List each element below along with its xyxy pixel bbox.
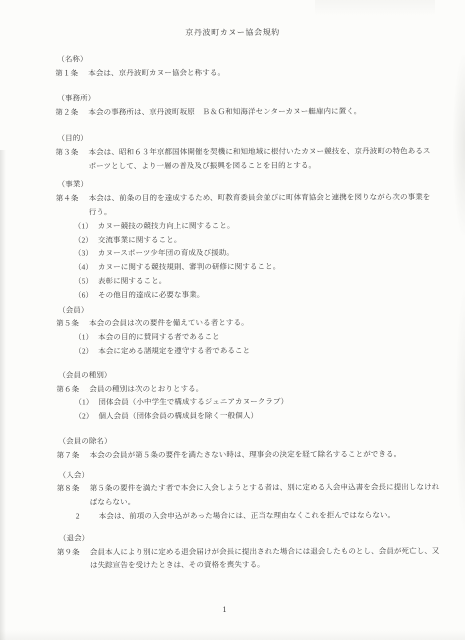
article-label: 第６条 — [56, 382, 89, 396]
article-2: 第２条 本会の事務所は、京丹波町坂原 Ｂ＆Ｇ和知海洋センターカヌー艇庫内に置く。 — [0, 104, 465, 119]
article-body: 本会の事務所は、京丹波町坂原 Ｂ＆Ｇ和知海洋センターカヌー艇庫内に置く。 — [88, 104, 465, 119]
article-body: 本会の会員は次の要件を備えている者とする。 — [89, 316, 465, 331]
document-content: 京丹波町カヌー協会規約 （名称） 第１条 本会は、京丹波町カヌー協会と称する。 … — [0, 0, 465, 573]
article-line: 会員本人により別に定める退会届けが会長に提出された場合には退会したものとし、会員… — [90, 544, 465, 559]
list-item: （2） 個人会員（団体会員の構成員を除く一般個人） — [1, 408, 465, 423]
article-body: 本会の会員が第５条の要件を満たさない時は、理事会の決定を経て除名することができる… — [90, 447, 465, 462]
section-members: （会員） 第５条 本会の会員は次の要件を備えている者とする。 （1） 本会の目的… — [1, 302, 465, 359]
article-line: 本会は、京丹波町カヌー協会と称する。 — [88, 65, 465, 80]
scan-artifact-bottom — [0, 630, 465, 640]
item-text: 本会の目的に賛同する者であること — [98, 330, 220, 344]
article-label: 第２条 — [55, 106, 88, 120]
article-line: 本会は、昭和６３年京都国体開催を契機に和知地域に根付いたカヌー競技を、京丹波町の… — [89, 144, 465, 159]
article-label: 第５条 — [56, 317, 89, 331]
article-line: 本会の会員が第５条の要件を満たさない時は、理事会の決定を経て除名することができる… — [90, 447, 465, 462]
item-text: その他目的達成に必要な事業。 — [98, 288, 204, 302]
article-body: 本会は、昭和６３年京都国体開催を契機に和知地域に根付いたカヌー競技を、京丹波町の… — [89, 144, 465, 173]
article-3: 第３条 本会は、昭和６３年京都国体開催を契機に和知地域に根付いたカヌー競技を、京… — [1, 144, 465, 173]
article-line: 本会の事務所は、京丹波町坂原 Ｂ＆Ｇ和知海洋センターカヌー艇庫内に置く。 — [88, 104, 465, 119]
article-1: 第１条 本会は、京丹波町カヌー協会と称する。 — [0, 65, 465, 80]
item-text: 個人会員（団体会員の構成員を除く一般個人） — [98, 409, 258, 423]
item-text: 本会に定める諸規定を遵守する者であること — [98, 344, 250, 358]
article-label: 第１条 — [55, 66, 88, 80]
item-text: カヌースポーツ少年団の育成及び援助。 — [98, 246, 234, 260]
item-number: （4） — [74, 261, 98, 275]
item-number: （2） — [74, 410, 98, 424]
article-9: 第９条 会員本人により別に定める退会届けが会長に提出された場合には退会したものと… — [2, 544, 465, 573]
item-text: カヌー競技の競技力向上に関すること。 — [98, 219, 235, 233]
list-item: （2） 本会に定める諸規定を遵守する者であること — [1, 343, 465, 358]
article-line: 行う。 — [89, 204, 465, 219]
article-line: 本会の会員は次の要件を備えている者とする。 — [89, 316, 465, 331]
article-line: 本会は、前条の目的を達成するため、町教育委員会並びに町体育協会と連携を図りながら… — [89, 190, 465, 205]
article-7: 第７条 本会の会員が第５条の要件を満たさない時は、理事会の決定を経て除名すること… — [2, 447, 465, 462]
item-number: （2） — [74, 233, 98, 247]
article-4: 第４条 本会は、前条の目的を達成するため、町教育委員会並びに町体育協会と連携を図… — [1, 190, 465, 219]
section-admission: （入会） 第８条 第５条の要件を満たす者で本会に入会しようとする者は、別に定める… — [2, 467, 465, 524]
item-number: （5） — [74, 274, 98, 288]
section-office: （事務所） 第２条 本会の事務所は、京丹波町坂原 Ｂ＆Ｇ和知海洋センターカヌー艇… — [0, 91, 465, 120]
article-body: 本会は、京丹波町カヌー協会と称する。 — [88, 65, 465, 80]
item-number: （3） — [74, 247, 98, 261]
subparagraph: 2 本会は、前項の入会申込があった場合には、正当な理由なくこれを拒んではならない… — [2, 508, 465, 523]
section-name: （名称） 第１条 本会は、京丹波町カヌー協会と称する。 — [0, 51, 465, 80]
article-body: 第５条の要件を満たす者で本会に入会しようとする者は、別に定める入会申込書を会長に… — [90, 480, 465, 509]
item-text: 表彰に関すること。 — [98, 274, 166, 288]
article-label: 第３条 — [56, 145, 89, 173]
item-text: 団体会員（小中学生で構成するジュニアカヌークラブ） — [98, 395, 288, 409]
article-8: 第８条 第５条の要件を満たす者で本会に入会しようとする者は、別に定める入会申込書… — [2, 480, 465, 509]
list-item: （6） その他目的達成に必要な事業。 — [1, 287, 465, 302]
section-purpose: （目的） 第３条 本会は、昭和６３年京都国体開催を契機に和知地域に根付いたカヌー… — [0, 130, 465, 173]
item-number: （1） — [74, 219, 98, 233]
article-body: 会員の種別は次のとおりとする。 — [89, 381, 465, 396]
article-label: 第８条 — [57, 482, 90, 510]
item-number: （2） — [74, 344, 98, 358]
section-business: （事業） 第４条 本会は、前条の目的を達成するため、町教育委員会並びに町体育協会… — [1, 177, 465, 303]
article-line: 第５条の要件を満たす者で本会に入会しようとする者は、別に定める入会申込書を会長に… — [90, 480, 465, 495]
article-line: 会員の種別は次のとおりとする。 — [89, 381, 465, 396]
section-member-types: （会員の種別） 第６条 会員の種別は次のとおりとする。 （1） 団体会員（小中学… — [1, 367, 465, 424]
section-expulsion: （会員の除名） 第７条 本会の会員が第５条の要件を満たさない時は、理事会の決定を… — [2, 433, 465, 462]
item-number: （1） — [74, 331, 98, 345]
article-5: 第５条 本会の会員は次の要件を備えている者とする。 — [1, 316, 465, 331]
item-text: カヌーに関する競技規則、審判の研修に関すること。 — [98, 260, 280, 274]
article-6: 第６条 会員の種別は次のとおりとする。 — [1, 381, 465, 396]
article-body: 会員本人により別に定める退会届けが会長に提出された場合には退会したものとし、会員… — [90, 544, 465, 573]
article-body: 本会は、前条の目的を達成するため、町教育委員会並びに町体育協会と連携を図りながら… — [89, 190, 465, 219]
article-line: は失踪宣告を受けたときは、その資格を喪失する。 — [90, 557, 465, 572]
item-number: （6） — [74, 288, 98, 302]
section-withdrawal: （退会） 第９条 会員本人により別に定める退会届けが会長に提出された場合には退会… — [2, 530, 465, 573]
article-line: ばならない。 — [90, 494, 465, 509]
subparagraph-text: 本会は、前項の入会申込があった場合には、正当な理由なくこれを拒んではならない。 — [99, 508, 395, 523]
scanned-document-page: 京丹波町カヌー協会規約 （名称） 第１条 本会は、京丹波町カヌー協会と称する。 … — [0, 0, 465, 640]
page-number: 1 — [0, 605, 457, 614]
article-line: ポーツとして、より一層の普及及び振興を図ることを目的とする。 — [89, 158, 465, 173]
article-label: 第９条 — [57, 545, 90, 573]
item-number: （1） — [74, 396, 98, 410]
subparagraph-number: 2 — [76, 509, 99, 523]
article-label: 第７条 — [57, 448, 90, 462]
item-text: 交流事業に関すること。 — [98, 233, 182, 247]
article-label: 第４条 — [56, 192, 89, 220]
document-title: 京丹波町カヌー協会規約 — [0, 25, 465, 40]
